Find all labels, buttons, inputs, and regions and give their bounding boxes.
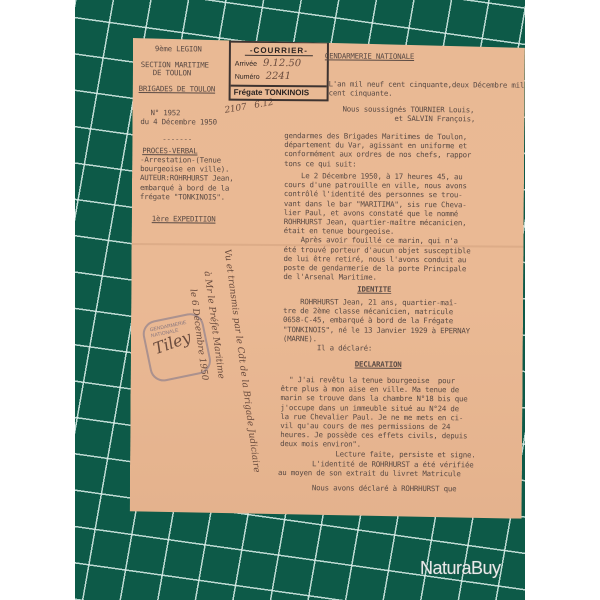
stamp-arrival-value: 9.12.50 — [263, 58, 301, 69]
legion-label: 9ème LEGION — [155, 44, 202, 54]
reference-date: du 4 Décembre 1950 — [140, 117, 217, 127]
stamp-ship: Frégate TONKINOIS — [231, 85, 327, 99]
closing-line: Nous avons déclaré à ROHRHURST que — [278, 483, 457, 493]
identity-heading: IDENTITE — [357, 285, 391, 294]
gendarmerie-title: GENDARMERIE NATIONALE — [325, 51, 414, 61]
expedition-label: 1ère EXPEDITION — [152, 214, 216, 224]
reference-number: N° 1952 — [150, 108, 180, 117]
document-sheet: 9ème LEGION SECTION MARITIME DE TOULON B… — [130, 38, 525, 519]
text-line: Lecture faite, persiste et signe. — [280, 449, 476, 460]
text-line: Il a déclaré: — [283, 343, 372, 353]
stamp-arrival-label: Arrivée — [235, 61, 257, 68]
stamp-arrival: Arrivée 9.12.50 — [235, 58, 327, 70]
stamp-number-label: Numéro — [235, 74, 260, 81]
declaration-heading: DECLARATION — [355, 360, 402, 370]
reference-handwritten: 2107 6.12 — [224, 99, 274, 116]
text-line: de l'Arsenal Maritime. — [283, 272, 377, 282]
brigades-label: BRIGADES DE TOULON — [139, 84, 216, 94]
naturabuy-watermark: NaturaBuy — [420, 558, 501, 579]
undersigned-2: et SALVIN François, — [394, 114, 475, 124]
stamp-title: -COURRIER- — [245, 46, 312, 56]
stamp-number-value: 2241 — [266, 71, 292, 82]
divider: ------- — [162, 134, 192, 143]
stamp-number: Numéro 2241 — [235, 71, 327, 83]
text-line: au moyen de son extrait du livret Matric… — [278, 468, 461, 478]
courier-stamp: -COURRIER- Arrivée 9.12.50 Numéro 2241 F… — [229, 41, 329, 102]
toulon-label: DE TOULON — [153, 68, 191, 77]
handwritten-note-1: Vu et transmis par le Cdt de la Brigade … — [222, 249, 262, 474]
text-line: tons ce qui suit: — [284, 159, 356, 169]
photo-background-cutting-mat: 9ème LEGION SECTION MARITIME DE TOULON B… — [75, 0, 525, 600]
text-line: (MARNE). — [283, 334, 317, 343]
text-line: frégate "TONKINOIS". — [140, 192, 225, 202]
date-line-2: cent cinquante. — [329, 88, 393, 98]
